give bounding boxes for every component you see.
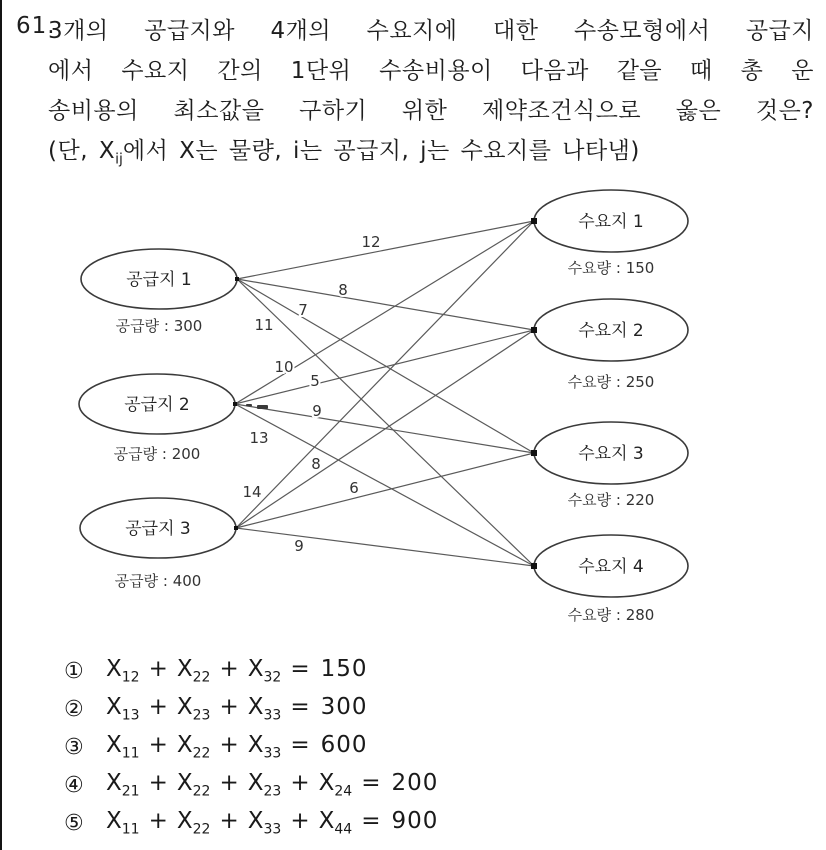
demand-node-3-ellipse [534,422,688,484]
edge-cost-s1-d1: 12 [361,233,380,251]
plus-sign: + [219,694,238,720]
variable-term: X21 [106,770,140,800]
option-4-formula: X21+X22+X23+X24=200 [106,770,438,800]
supply-node-1-junction-dot [235,277,239,281]
edge-cost-s3-d1: 14 [242,483,261,501]
demand-node-2-quantity-label: 수요량 : 250 [568,373,655,391]
supply-node-2-label: 공급지 2 [124,395,190,415]
question-line-4-prefix: (단, X [48,138,115,164]
question-line-4-suffix: 에서 X는 물량, i는 공급지, j는 수요지를 나타냄) [123,138,640,164]
option-4-rhs-value: 200 [392,770,439,796]
edge-s3-d3 [236,453,534,528]
edge-cost-s2-d3: 9 [312,402,322,420]
variable-subscript: 33 [264,746,282,762]
option-1: ①X12+X22+X32=150 [64,652,438,690]
demand-node-3-quantity-label: 수요량 : 220 [568,491,655,509]
equals-sign: = [290,694,309,720]
variable-subscript: 11 [122,822,140,838]
plus-sign: + [219,732,238,758]
supply-node-2-junction-dot [233,402,237,406]
variable-subscript: 13 [122,708,140,724]
option-5-rhs-value: 900 [392,808,439,834]
demand-node-1-junction-dot [531,218,537,224]
variable-term: X33 [248,808,282,838]
edge-s3-d2 [236,330,534,528]
option-3-rhs-value: 600 [321,732,368,758]
demand-node-4-quantity-label: 수요량 : 280 [568,606,655,624]
demand-node-4-label: 수요지 4 [578,557,644,577]
option-1-formula: X12+X22+X32=150 [106,656,368,686]
plus-sign: + [219,808,238,834]
question-line-1: 3개의 공급지와 4개의 수요지에 대한 수송모형에서 공급지 [48,11,814,51]
supply-node-2-ellipse [79,374,235,434]
supply-node-1-quantity-label: 공급량 : 300 [116,317,203,335]
variable-term: X22 [177,656,211,686]
edge-s3-d4 [236,528,534,566]
supply-node-3-ellipse [80,498,236,558]
variable-term: X22 [177,770,211,800]
equals-sign: = [361,770,380,796]
option-4-marker: ④ [64,773,94,798]
variable-subscript: 24 [334,784,352,800]
edge-s2-d1 [235,221,534,404]
demand-node-4-junction-dot [531,563,537,569]
answer-options-list: ①X12+X22+X32=150②X13+X23+X33=300③X11+X22… [64,652,438,842]
demand-node-3-label: 수요지 3 [578,444,644,464]
edge-s2-d3 [235,404,534,453]
option-1-marker: ① [64,659,94,684]
option-3: ③X11+X22+X33=600 [64,728,438,766]
edge-start-dash-artifact [257,405,268,409]
variable-subscript: 22 [193,746,211,762]
plus-sign: + [290,770,309,796]
variable-subscript: 22 [193,822,211,838]
variable-subscript: 12 [122,670,140,686]
variable-subscript: 32 [264,670,282,686]
variable-term: X33 [248,732,282,762]
plus-sign: + [149,770,168,796]
variable-subscript: 22 [193,784,211,800]
option-4: ④X21+X22+X23+X24=200 [64,766,438,804]
option-2-marker: ② [64,697,94,722]
variable-subscript: 44 [334,822,352,838]
edge-s2-d2 [235,330,534,404]
question-line-4: (단, Xij에서 X는 물량, i는 공급지, j는 수요지를 나타냄) [48,131,814,180]
demand-node-1-label: 수요지 1 [578,212,644,232]
variable-term: X12 [106,656,140,686]
supply-node-3-junction-dot [234,526,238,530]
edge-s1-d2 [237,279,534,330]
edge-s1-d4 [237,279,534,566]
edge-cost-s3-d3: 6 [349,479,359,497]
edge-cost-s2-d1: 10 [274,358,293,376]
variable-term: X23 [177,694,211,724]
variable-term: X32 [248,656,282,686]
supply-node-2-quantity-label: 공급량 : 200 [114,445,201,463]
demand-node-1-quantity-label: 수요량 : 150 [568,259,655,277]
demand-node-4-ellipse [534,535,688,597]
variable-term: X24 [319,770,353,800]
edge-cost-s2-d2: 5 [310,372,320,390]
option-5: ⑤X11+X22+X33+X44=900 [64,804,438,842]
edge-cost-s2-d4: 13 [249,429,268,447]
supply-node-3-label: 공급지 3 [125,519,191,539]
demand-node-1-ellipse [534,190,688,252]
supply-node-1-label: 공급지 1 [126,270,192,290]
variable-term: X13 [106,694,140,724]
supply-node-3-quantity-label: 공급량 : 400 [115,572,202,590]
variable-subscript: 33 [264,708,282,724]
equals-sign: = [290,656,309,682]
plus-sign: + [149,694,168,720]
edge-s1-d3 [237,279,534,453]
edge-s3-d1 [236,221,534,528]
variable-subscript: 11 [122,746,140,762]
demand-node-3-junction-dot [531,450,537,456]
variable-subscript: 23 [193,708,211,724]
equals-sign: = [361,808,380,834]
question-line-3: 송비용의 최소값을 구하기 위한 제약조건식으로 옳은 것은? [48,91,814,131]
edge-start-dash-artifact [246,404,252,407]
variable-term: X11 [106,808,140,838]
question-line-2: 에서 수요지 간의 1단위 수송비용이 다음과 같을 때 총 운 [48,51,814,91]
edge-cost-s3-d4: 9 [294,537,304,555]
option-2: ②X13+X23+X33=300 [64,690,438,728]
option-3-marker: ③ [64,735,94,760]
option-3-formula: X11+X22+X33=600 [106,732,368,762]
edge-cost-s1-d2: 8 [338,281,348,299]
edge-s1-d1 [237,221,534,279]
edge-cost-s3-d2: 8 [311,455,321,473]
plus-sign: + [290,808,309,834]
plus-sign: + [149,732,168,758]
variable-subscript: 23 [264,784,282,800]
demand-node-2-ellipse [534,299,688,361]
demand-node-2-label: 수요지 2 [578,321,644,341]
variable-term: X11 [106,732,140,762]
question-line-4-subscript: ij [115,152,123,168]
variable-subscript: 22 [193,670,211,686]
option-5-formula: X11+X22+X33+X44=900 [106,808,438,838]
plus-sign: + [149,656,168,682]
page-left-border [0,0,2,850]
variable-term: X22 [177,808,211,838]
option-2-formula: X13+X23+X33=300 [106,694,368,724]
variable-term: X22 [177,732,211,762]
variable-subscript: 33 [264,822,282,838]
variable-term: X33 [248,694,282,724]
variable-term: X23 [248,770,282,800]
edge-s2-d4 [235,404,534,566]
supply-node-1-ellipse [81,249,237,309]
variable-term: X44 [319,808,353,838]
edge-cost-s1-d3: 7 [298,301,308,319]
plus-sign: + [219,656,238,682]
option-1-rhs-value: 150 [321,656,368,682]
edge-cost-s1-d4: 11 [254,316,273,334]
option-2-rhs-value: 300 [321,694,368,720]
demand-node-2-junction-dot [531,327,537,333]
plus-sign: + [219,770,238,796]
question-text: 3개의 공급지와 4개의 수요지에 대한 수송모형에서 공급지 에서 수요지 간… [48,11,814,180]
plus-sign: + [149,808,168,834]
variable-subscript: 21 [122,784,140,800]
option-5-marker: ⑤ [64,811,94,836]
equals-sign: = [290,732,309,758]
